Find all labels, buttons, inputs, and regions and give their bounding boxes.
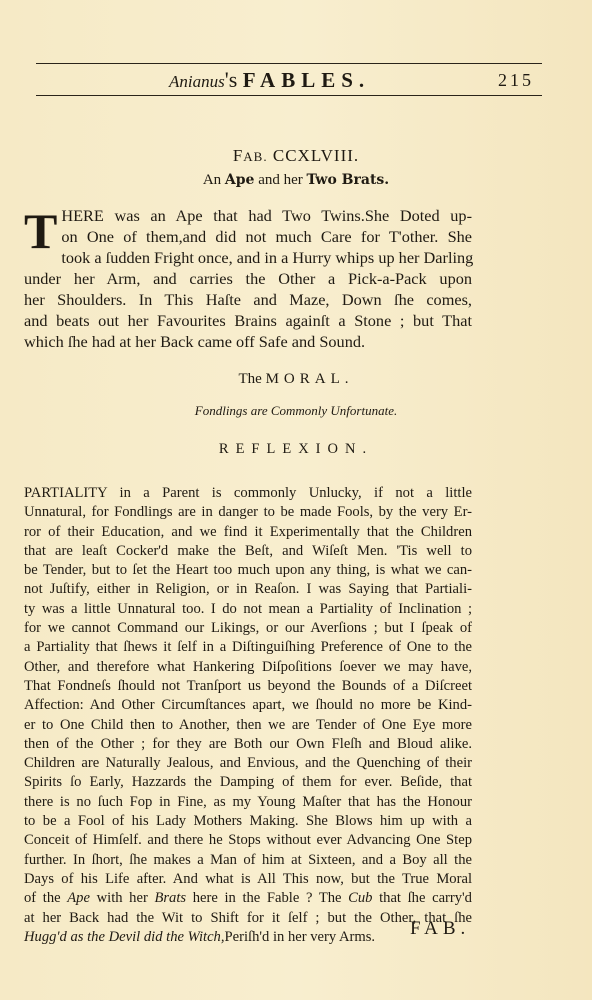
author-name: Anianus — [169, 72, 225, 91]
fable-title-blackletter: Ape — [225, 172, 255, 188]
fable-line: under her Arm, and carries the Other a P… — [24, 268, 472, 289]
reflexion-line: not Juſtify, either in Religion, or in R… — [24, 580, 472, 599]
reflexion-line: Spirits ſo Early, Hazzards the Damping o… — [24, 773, 472, 792]
fable-line: HERE was an Ape that had Two Twins.She D… — [24, 205, 472, 226]
reflexion-line: there is no ſuch Fop in Fine, as my Youn… — [24, 793, 472, 812]
reflexion-line: That Fondneſs ſhould not Tranſport us be… — [24, 677, 472, 696]
reflexion-line: further. In ſhort, ſhe makes a Man of hi… — [24, 851, 472, 870]
reflexion-line: Other, and therefore what Hankering Diſp… — [24, 658, 472, 677]
fable-prefix-large: F — [233, 146, 243, 165]
drop-cap: T — [24, 209, 57, 253]
reflexion-line: ror of their Education, and we find it E… — [24, 523, 472, 542]
reflexion-line: Children are Naturally Jealous, and Envi… — [24, 754, 472, 773]
reflexion-heading: REFLEXION. — [0, 441, 592, 458]
fable-title-part: An — [203, 172, 225, 188]
reflexion-line: Hugg'd as the Devil did the Witch,Periſh… — [24, 928, 472, 947]
reflexion-line: er to One Child then to Another, then we… — [24, 716, 472, 735]
fable-line: which ſhe had at her Back came off Safe … — [24, 331, 472, 352]
fable-title-blackletter: Two Brats. — [307, 172, 390, 188]
catchword: FAB. — [410, 918, 470, 940]
page-number: 215 — [498, 70, 534, 91]
reflexion-line: Conceit of Himſelf. and there he Stops w… — [24, 831, 472, 850]
italic-ape: Ape — [67, 890, 90, 906]
reflexion-line: ty was a little Unnatural too. I do not … — [24, 600, 472, 619]
fable-body: T HERE was an Ape that had Two Twins.She… — [24, 205, 472, 352]
fable-roman-numeral: CCXLVIII. — [273, 146, 359, 165]
fable-title-part: and her — [254, 172, 306, 188]
moral-heading: The MORAL. — [0, 371, 592, 388]
italic-cub: Cub — [348, 890, 372, 906]
text: Periſh'd in her very Arms. — [225, 929, 376, 945]
reflexion-line: Days of his Life after. And what is All … — [24, 870, 472, 889]
reflexion-line: then of the Other ; for they are Both ou… — [24, 735, 472, 754]
running-head-rule-bottom — [36, 95, 542, 96]
reflexion-line: that are leaſt Cocker'd make the Beſt, a… — [24, 542, 472, 561]
running-title: Anianus's FABLES. — [169, 67, 370, 93]
italic-brats: Brats — [154, 890, 186, 906]
text: of the — [24, 890, 67, 906]
reflexion-line: a Partiality that ſhews it ſelf in a Diſ… — [24, 638, 472, 657]
reflexion-line: Affection: And Other Circumſtances apart… — [24, 696, 472, 715]
fable-line: and beats out her Favourites Brains agai… — [24, 310, 472, 331]
text: that ſhe carry'd — [372, 890, 472, 906]
reflexion-line: to be a Fool of his Lady Mothers Making.… — [24, 812, 472, 831]
reflexion-line: at her Back had the Wit to Shift for it … — [24, 909, 472, 928]
reflexion-body: PARTIALITY in a Parent is commonly Unluc… — [24, 484, 472, 947]
text: with her — [90, 890, 154, 906]
reflexion-line: of the Ape with her Brats here in the Fa… — [24, 889, 472, 908]
reflexion-line: PARTIALITY in a Parent is commonly Unluc… — [24, 484, 472, 503]
fable-prefix-small: AB. — [243, 149, 267, 164]
reflexion-line: Unnatural, for Fondlings are in danger t… — [24, 503, 472, 522]
reflexion-line: for we cannot Command our Likings, or ou… — [24, 619, 472, 638]
fable-line: took a ſudden Fright once, and in a Hurr… — [24, 247, 472, 268]
moral-text: Fondlings are Commonly Unfortunate. — [0, 403, 592, 419]
book-title: FABLES. — [243, 68, 370, 92]
fable-line: her Shoulders. In This Haſte and Maze, D… — [24, 289, 472, 310]
text: here in the Fable ? The — [186, 890, 348, 906]
italic-quote: Hugg'd as the Devil did the Witch, — [24, 929, 225, 945]
fable-line: on One of them,and did not much Care for… — [24, 226, 472, 247]
moral-heading-word: MORAL. — [266, 371, 354, 387]
author-suffix: 's — [225, 67, 238, 92]
reflexion-line: be Tender, but to ſet the Heart too much… — [24, 561, 472, 580]
fable-number: FAB. CCXLVIII. — [0, 146, 592, 166]
moral-heading-prefix: The — [239, 371, 262, 387]
running-head: Anianus's FABLES. 215 — [36, 64, 542, 94]
fable-title: An Ape and her Two Brats. — [0, 172, 592, 189]
